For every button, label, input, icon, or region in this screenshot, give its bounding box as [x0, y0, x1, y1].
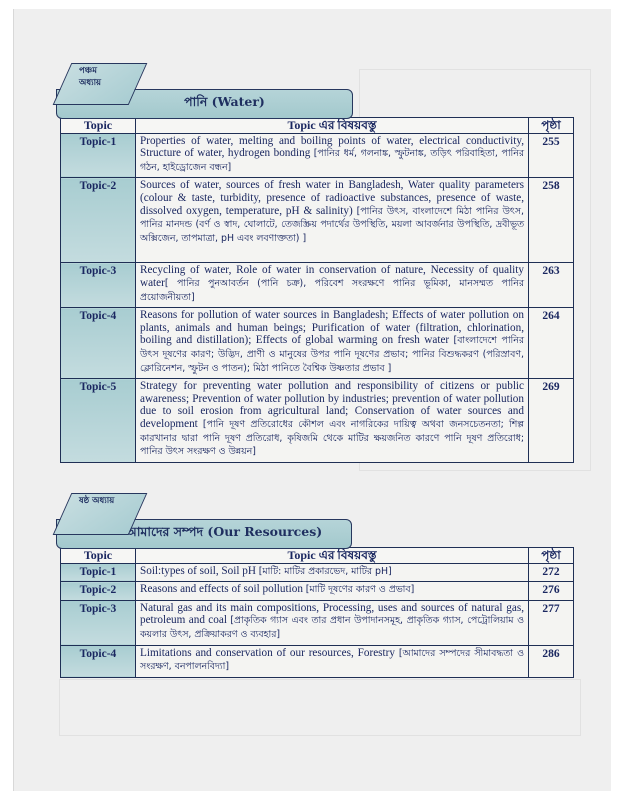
header-topic: Topic	[61, 118, 136, 134]
table-row: Topic-5 Strategy for preventing water po…	[61, 379, 574, 463]
topic-content: Reasons and effects of soil pollution [ম…	[136, 582, 529, 601]
topics-table: Topic Topic এর বিষয়বস্তু পৃষ্ঠা Topic-1…	[60, 547, 574, 678]
content-english: Soil:types of soil, Soil pH	[140, 565, 259, 577]
content-english: Reasons and effects of soil pollution	[140, 583, 306, 595]
topic-content: Recycling of water, Role of water in con…	[136, 263, 529, 308]
topic-content: Soil:types of soil, Soil pH [মাটি: মাটির…	[136, 563, 529, 582]
topic-content: Limitations and conservation of our reso…	[136, 645, 529, 677]
scanned-page: পঞ্চম অধ্যায় পানি (Water) Topic Topic এ…	[13, 9, 611, 791]
page-number: 276	[529, 582, 574, 601]
topic-content: Properties of water, melting and boiling…	[136, 133, 529, 178]
content-bengali: [ পানির পুনআবর্তন (পানি চক্র), পরিবেশ সং…	[140, 278, 524, 303]
topic-label: Topic-3	[61, 263, 136, 308]
topic-content: Reasons for pollution of water sources i…	[136, 308, 529, 379]
table-row: Topic-1 Soil:types of soil, Soil pH [মাট…	[61, 563, 574, 582]
header-content: Topic এর বিষয়বস্তু	[136, 548, 529, 564]
topic-label: Topic-5	[61, 379, 136, 463]
topic-label: Topic-3	[61, 600, 136, 645]
header-page: পৃষ্ঠা	[529, 548, 574, 564]
page-number: 258	[529, 178, 574, 263]
page-number: 272	[529, 563, 574, 582]
header-page: পৃষ্ঠা	[529, 118, 574, 134]
page-number: 269	[529, 379, 574, 463]
content-bengali: [মাটি দূষণের কারণ ও প্রভাব]	[306, 584, 415, 595]
content-bengali: [মাটি: মাটির প্রকারভেদ, মাটির pH]	[259, 566, 392, 577]
topic-content: Strategy for preventing water pollution …	[136, 379, 529, 463]
table-row: Topic-1 Properties of water, melting and…	[61, 133, 574, 178]
table-row: Topic-3 Natural gas and its main composi…	[61, 600, 574, 645]
topic-content: Natural gas and its main compositions, P…	[136, 600, 529, 645]
header-content: Topic এর বিষয়বস্তু	[136, 118, 529, 134]
topic-label: Topic-1	[61, 133, 136, 178]
chapter-title: পানি (Water)	[144, 94, 265, 114]
table-header-row: Topic Topic এর বিষয়বস্তু পৃষ্ঠা	[61, 548, 574, 564]
topic-label: Topic-4	[61, 308, 136, 379]
bleed-through-table-lower	[59, 679, 581, 736]
chapter-number-label: ষষ্ঠ অধ্যায়	[79, 495, 119, 507]
page-number: 263	[529, 263, 574, 308]
chapter-number-label: পঞ্চম অধ্যায়	[79, 65, 119, 89]
table-row: Topic-2 Reasons and effects of soil poll…	[61, 582, 574, 601]
table-row: Topic-4 Limitations and conservation of …	[61, 645, 574, 677]
table-header-row: Topic Topic এর বিষয়বস্তু পৃষ্ঠা	[61, 118, 574, 134]
topic-label: Topic-2	[61, 582, 136, 601]
page-number: 264	[529, 308, 574, 379]
page-number: 277	[529, 600, 574, 645]
content-english: Limitations and conservation of our reso…	[140, 647, 399, 659]
topics-table: Topic Topic এর বিষয়বস্তু পৃষ্ঠা Topic-1…	[60, 117, 574, 463]
topic-label: Topic-2	[61, 178, 136, 263]
topic-label: Topic-1	[61, 563, 136, 582]
topic-label: Topic-4	[61, 645, 136, 677]
table-row: Topic-3 Recycling of water, Role of wate…	[61, 263, 574, 308]
page-number: 286	[529, 645, 574, 677]
topic-content: Sources of water, sources of fresh water…	[136, 178, 529, 263]
table-row: Topic-2 Sources of water, sources of fre…	[61, 178, 574, 263]
header-topic: Topic	[61, 548, 136, 564]
page-number: 255	[529, 133, 574, 178]
table-row: Topic-4 Reasons for pollution of water s…	[61, 308, 574, 379]
